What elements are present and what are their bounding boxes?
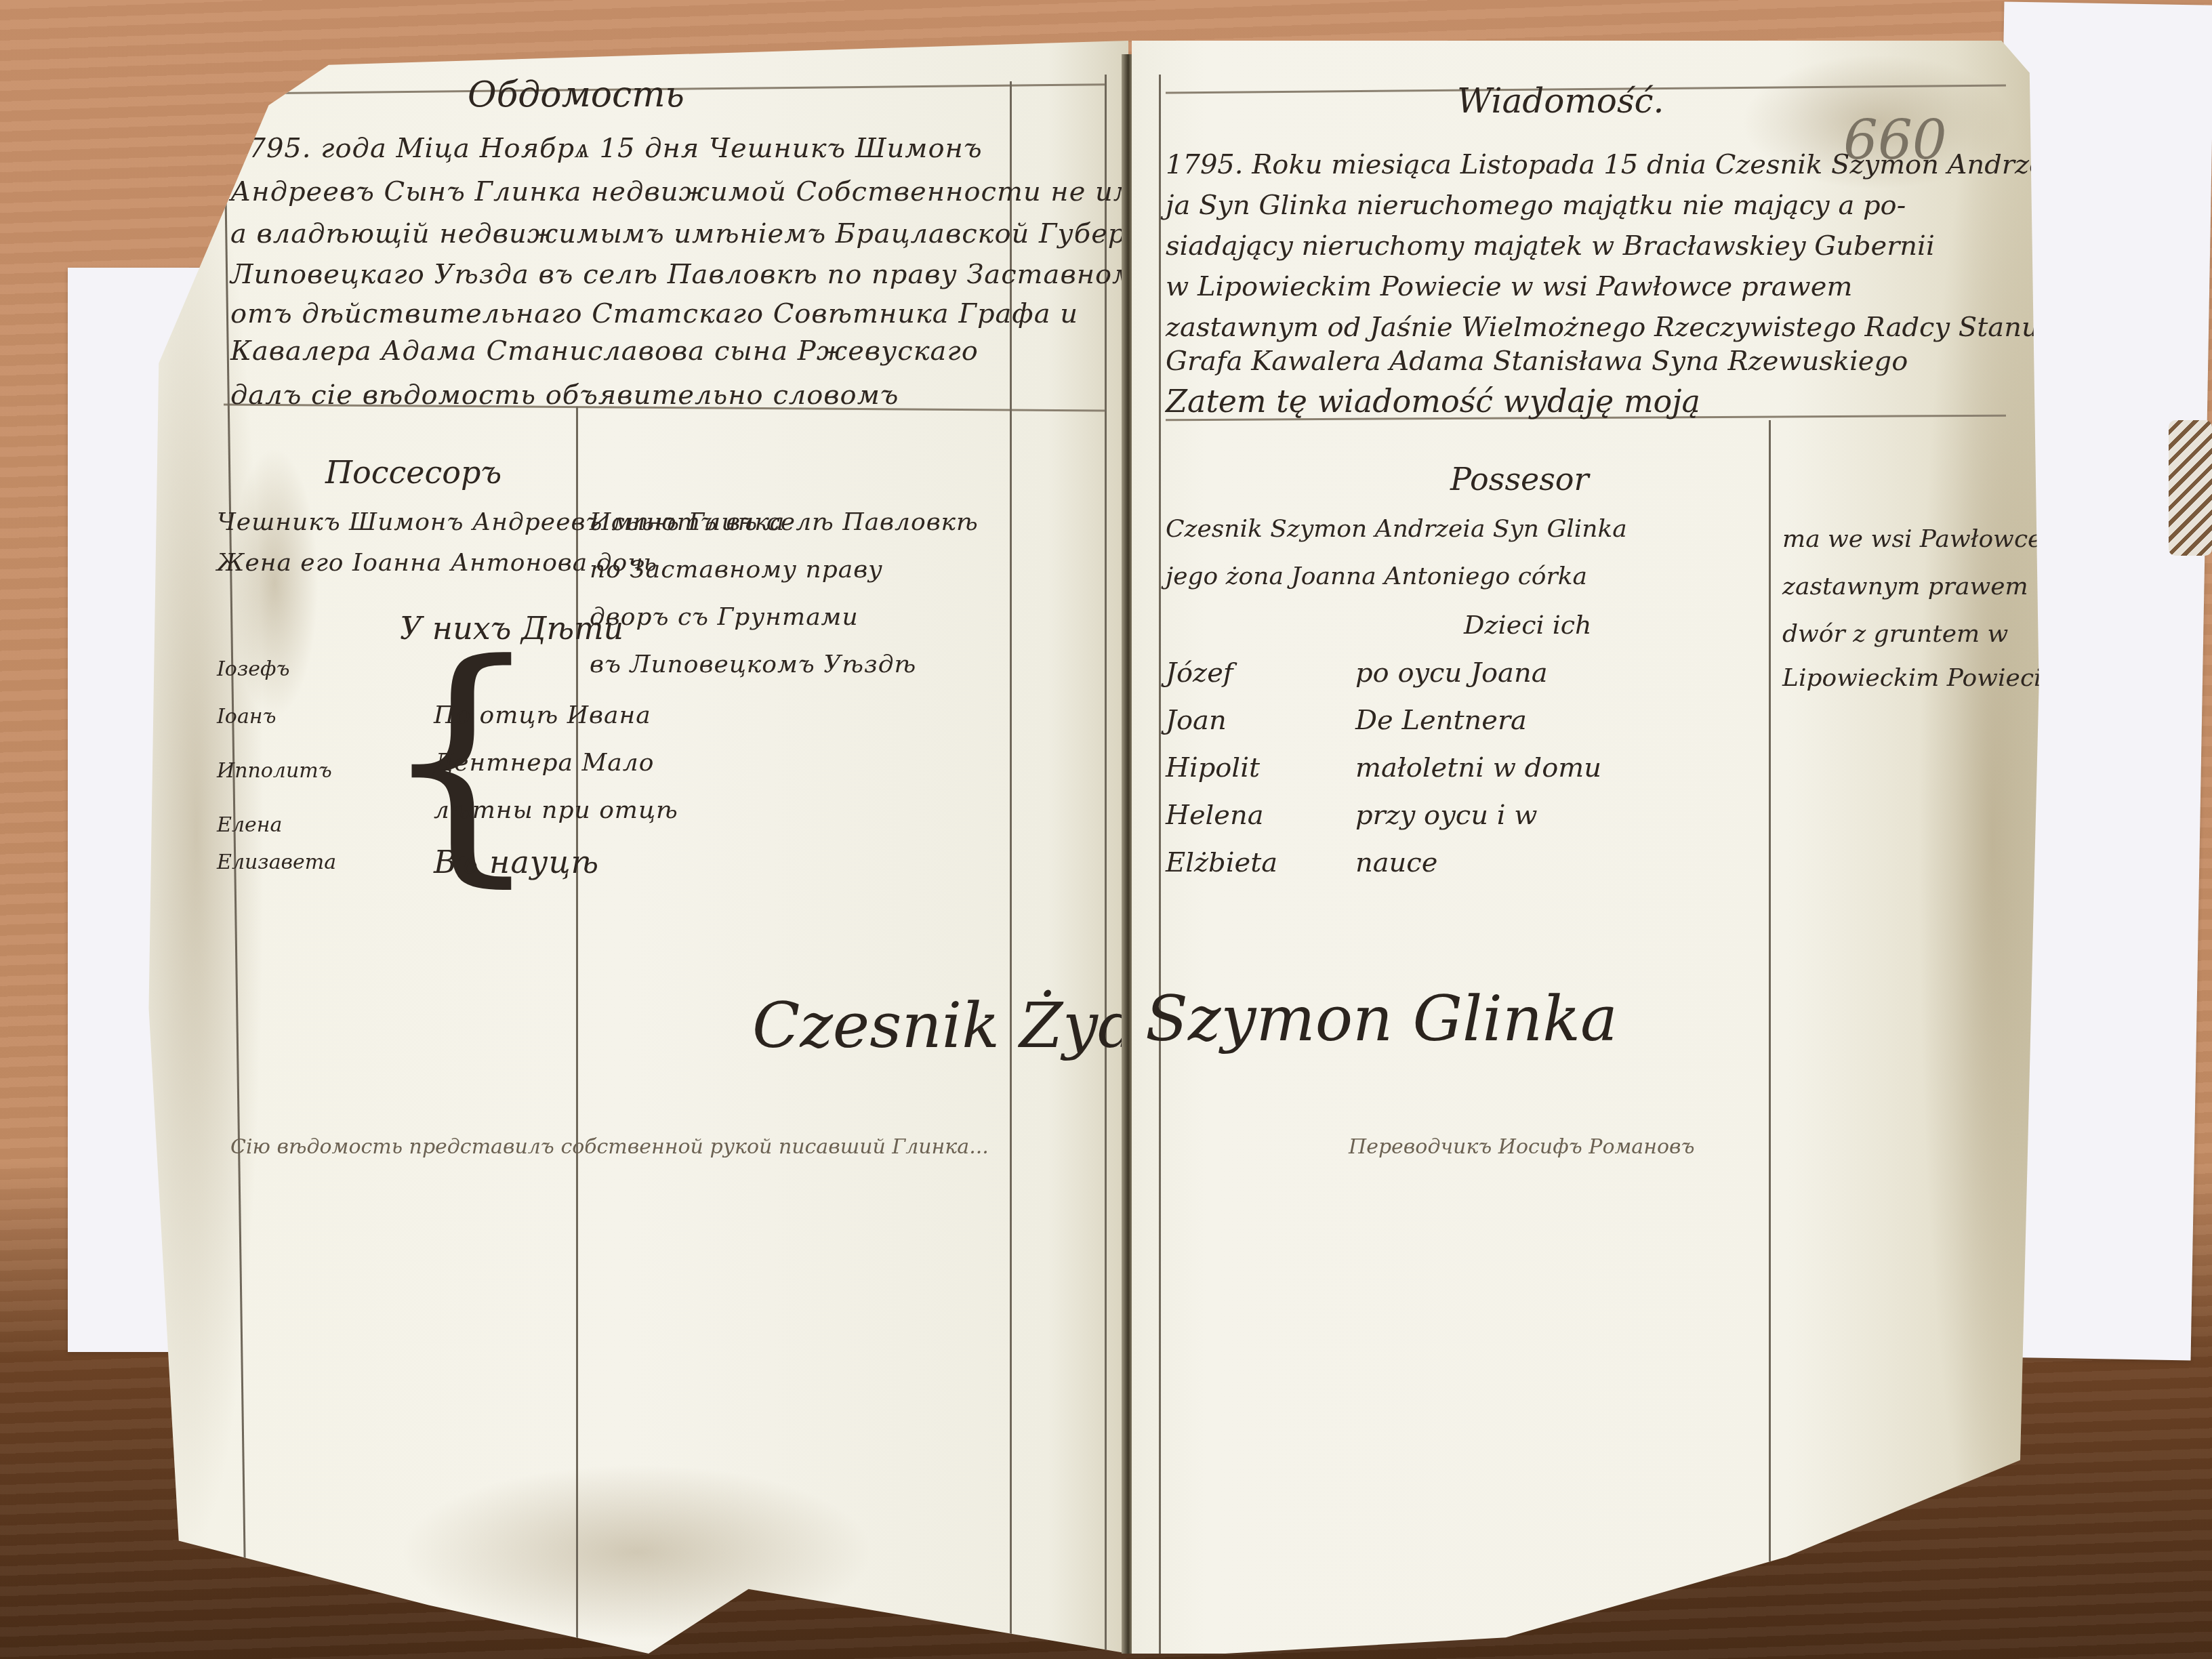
binder-clip <box>2169 420 2212 556</box>
right-header-line: siadający nieruchomy majątek w Bracławsk… <box>1166 230 1935 262</box>
left-footer-note: Сію вѣдомость представилъ собственной ру… <box>230 1135 989 1159</box>
left-estate-line: Имѣютъ въ селѣ Павловкѣ <box>590 508 979 536</box>
right-child-note: małoletni w domu <box>1355 752 1601 783</box>
right-header-line: 1795. Roku miesiąca Listopada 15 dnia Cz… <box>1166 149 2054 180</box>
left-header-title: Обдомость <box>468 75 684 115</box>
right-child-name: Hipolit <box>1166 752 1260 783</box>
left-page: Обдомость 1795. года Міца Ноябрѧ 15 дня … <box>129 41 1128 1654</box>
left-header-line: Кавалера Адама Станиславова сына Ржевуск… <box>230 335 979 367</box>
right-child-note: De Lentnera <box>1355 705 1527 736</box>
left-header-line: далъ сіе вѣдомость объявительно словомъ <box>230 380 899 411</box>
right-page: Wiadomość. 660 1795. Roku miesiąca Listo… <box>1132 41 2067 1654</box>
right-child-note: nauce <box>1355 847 1437 878</box>
right-possessor-line: jego żona Joanna Antoniego córka <box>1166 562 1587 590</box>
open-ledger-book: Обдомость 1795. года Міца Ноябрѧ 15 дня … <box>129 41 2067 1654</box>
right-possessor-heading: Possesor <box>1450 461 1589 497</box>
left-header-line: отъ дѣйствительнаго Статскаго Совѣтника … <box>230 298 1078 329</box>
left-child-name: Ипполитъ <box>217 759 332 783</box>
left-child-note: лѣтны при отцѣ <box>434 796 678 824</box>
right-child-note: przy oycu i w <box>1355 800 1537 831</box>
right-estate-line: zastawnym prawem <box>1782 573 2028 600</box>
right-child-name: Józef <box>1166 657 1233 689</box>
signature-right-part: Szymon Glinka <box>1145 983 1618 1055</box>
right-header-line: w Lipowieckim Powiecie w wsi Pawłowce pr… <box>1166 271 1852 302</box>
left-child-note: Въ науцѣ <box>434 844 599 880</box>
left-child-name: Іозефъ <box>217 657 290 681</box>
translator-note: Переводчикъ Иосифъ Романовъ <box>1349 1135 1694 1159</box>
right-header-title: Wiadomość. <box>1457 81 1664 121</box>
right-header-line: Zatem tę wiadomość wydaję moją <box>1166 383 1700 419</box>
left-child-note: Дентнера Мало <box>434 749 654 777</box>
left-estate-line: по Заставному праву <box>590 556 883 583</box>
right-estate-line: ma we wsi Pawłowce <box>1782 525 2042 553</box>
left-header-line: а владѣющій недвижимымъ имѣніемъ Брацлав… <box>230 218 1172 249</box>
left-possessor-heading: Поссесоръ <box>325 454 501 491</box>
left-header-line: Липовецкаго Уѣзда въ селѣ Павловкѣ по пр… <box>230 259 1151 290</box>
left-child-name: Елена <box>217 813 282 837</box>
right-possessor-line: Czesnik Szymon Andrzeia Syn Glinka <box>1166 515 1627 543</box>
right-estate-line: Lipowieckim Powiecie <box>1782 664 2056 692</box>
left-estate-line: дворъ съ Грунтами <box>590 603 859 631</box>
right-child-name: Helena <box>1166 800 1264 831</box>
right-header-line: Grafa Kawalera Adama Stanisława Syna Rze… <box>1166 346 1908 377</box>
right-child-note: po oycu Joana <box>1355 657 1548 689</box>
right-child-name: Joan <box>1166 705 1227 736</box>
left-header-line: 1795. года Міца Ноябрѧ 15 дня Чешникъ Ши… <box>230 132 983 164</box>
right-estate-line: dwór z gruntem w <box>1782 620 2008 648</box>
left-child-name: Елизавета <box>217 851 336 874</box>
right-children-heading: Dzieci ich <box>1464 610 1592 640</box>
left-child-name: Іоанъ <box>217 705 276 729</box>
right-header-line: zastawnym od Jaśnie Wielmożnego Rzeczywi… <box>1166 312 2039 343</box>
left-child-note: По отцѣ Ивана <box>434 701 651 729</box>
left-header-line: Андреевъ Сынъ Глинка недвижимой Собствен… <box>230 176 1241 207</box>
left-estate-line: въ Липовецкомъ Уѣздѣ <box>590 651 916 678</box>
right-child-name: Elżbieta <box>1166 847 1277 878</box>
right-header-line: ja Syn Glinka nieruchomego majątku nie m… <box>1166 190 1906 221</box>
